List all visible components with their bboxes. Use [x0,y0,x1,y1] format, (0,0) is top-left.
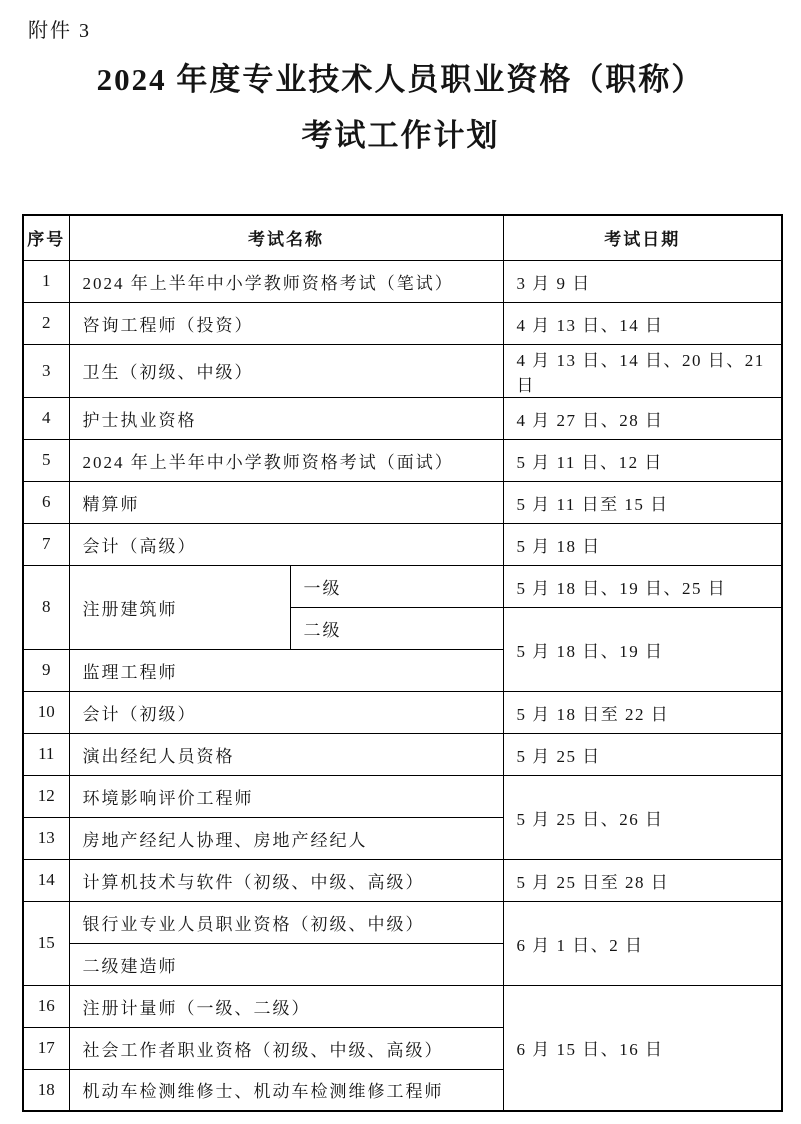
table-row: 2 咨询工程师（投资） 4 月 13 日、14 日 [23,302,782,344]
row-index-cell: 3 [23,344,69,397]
exam-name-cell: 精算师 [69,481,503,523]
exam-name-cell: 银行业专业人员职业资格（初级、中级） [69,901,503,943]
exam-date-cell: 5 月 25 日、26 日 [503,775,782,859]
exam-date-cell: 6 月 15 日、16 日 [503,985,782,1111]
exam-date-cell: 5 月 11 日、12 日 [503,439,782,481]
attachment-label: 附件 3 [28,14,91,43]
exam-date-cell: 4 月 13 日、14 日 [503,302,782,344]
table-row: 16 注册计量师（一级、二级） 6 月 15 日、16 日 [23,985,782,1027]
exam-date-cell: 4 月 27 日、28 日 [503,397,782,439]
exam-date-cell: 5 月 11 日至 15 日 [503,481,782,523]
table-row: 14 计算机技术与软件（初级、中级、高级） 5 月 25 日至 28 日 [23,859,782,901]
row-index-cell: 17 [23,1027,69,1069]
header-index: 序号 [23,215,69,260]
table-row: 3 卫生（初级、中级） 4 月 13 日、14 日、20 日、21 日 [23,344,782,397]
row-index-cell: 4 [23,397,69,439]
table-row: 6 精算师 5 月 11 日至 15 日 [23,481,782,523]
exam-name-cell: 会计（初级） [69,691,503,733]
exam-level-cell: 一级 [290,565,503,607]
row-index-cell: 5 [23,439,69,481]
exam-name-cell: 环境影响评价工程师 [69,775,503,817]
exam-name-cell: 护士执业资格 [69,397,503,439]
exam-name-cell: 2024 年上半年中小学教师资格考试（面试） [69,439,503,481]
table-row: 5 2024 年上半年中小学教师资格考试（面试） 5 月 11 日、12 日 [23,439,782,481]
row-index-cell: 1 [23,260,69,302]
exam-name-cell: 卫生（初级、中级） [69,344,503,397]
table-header-row: 序号 考试名称 考试日期 [23,215,782,260]
table-row: 11 演出经纪人员资格 5 月 25 日 [23,733,782,775]
document-title-line-1: 2024 年度专业技术人员职业资格（职称） [0,52,801,108]
table-row: 7 会计（高级） 5 月 18 日 [23,523,782,565]
row-index-cell: 8 [23,565,69,649]
exam-name-cell: 社会工作者职业资格（初级、中级、高级） [69,1027,503,1069]
row-index-cell: 11 [23,733,69,775]
exam-name-cell: 注册建筑师 [69,565,290,649]
table-row: 1 2024 年上半年中小学教师资格考试（笔试） 3 月 9 日 [23,260,782,302]
exam-date-cell: 5 月 18 日、19 日 [503,607,782,691]
row-index-cell: 13 [23,817,69,859]
row-index-cell: 18 [23,1069,69,1111]
row-index-cell: 2 [23,302,69,344]
document-page: 附件 3 2024 年度专业技术人员职业资格（职称） 考试工作计划 序号 考试名… [0,0,801,1124]
exam-date-cell: 3 月 9 日 [503,260,782,302]
document-title-line-2: 考试工作计划 [0,108,801,164]
exam-name-cell: 2024 年上半年中小学教师资格考试（笔试） [69,260,503,302]
exam-date-cell: 5 月 25 日 [503,733,782,775]
exam-name-cell: 监理工程师 [69,649,503,691]
exam-name-cell: 机动车检测维修士、机动车检测维修工程师 [69,1069,503,1111]
table-row: 15 银行业专业人员职业资格（初级、中级） 6 月 1 日、2 日 [23,901,782,943]
row-index-cell: 6 [23,481,69,523]
exam-date-cell: 6 月 1 日、2 日 [503,901,782,985]
table-row: 10 会计（初级） 5 月 18 日至 22 日 [23,691,782,733]
exam-name-cell: 计算机技术与软件（初级、中级、高级） [69,859,503,901]
exam-name-cell: 咨询工程师（投资） [69,302,503,344]
row-index-cell: 10 [23,691,69,733]
row-index-cell: 7 [23,523,69,565]
table-row: 12 环境影响评价工程师 5 月 25 日、26 日 [23,775,782,817]
row-index-cell: 16 [23,985,69,1027]
row-index-cell: 14 [23,859,69,901]
table-row: 4 护士执业资格 4 月 27 日、28 日 [23,397,782,439]
row-index-cell: 9 [23,649,69,691]
header-exam-name: 考试名称 [69,215,503,260]
exam-date-cell: 5 月 18 日、19 日、25 日 [503,565,782,607]
exam-level-cell: 二级 [290,607,503,649]
exam-name-cell: 二级建造师 [69,943,503,985]
document-title: 2024 年度专业技术人员职业资格（职称） 考试工作计划 [0,52,801,164]
exam-name-cell: 演出经纪人员资格 [69,733,503,775]
row-index-cell: 12 [23,775,69,817]
exam-date-cell: 5 月 18 日 [503,523,782,565]
table-row: 8 注册建筑师 一级 5 月 18 日、19 日、25 日 [23,565,782,607]
row-index-cell: 15 [23,901,69,985]
exam-schedule-table: 序号 考试名称 考试日期 1 2024 年上半年中小学教师资格考试（笔试） 3 … [22,214,783,1112]
exam-date-cell: 5 月 25 日至 28 日 [503,859,782,901]
exam-name-cell: 房地产经纪人协理、房地产经纪人 [69,817,503,859]
exam-date-cell: 4 月 13 日、14 日、20 日、21 日 [503,344,782,397]
exam-name-cell: 会计（高级） [69,523,503,565]
exam-date-cell: 5 月 18 日至 22 日 [503,691,782,733]
exam-name-cell: 注册计量师（一级、二级） [69,985,503,1027]
header-exam-date: 考试日期 [503,215,782,260]
